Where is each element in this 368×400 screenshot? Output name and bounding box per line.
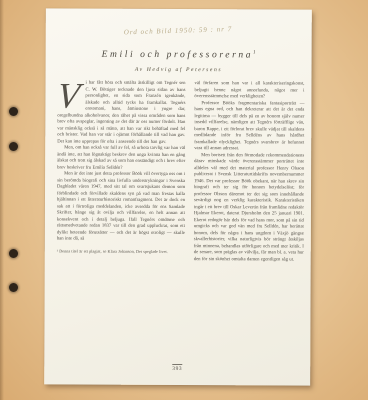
page-number: 393 (44, 363, 310, 373)
article-title-text: Emili och professorerna (102, 50, 253, 61)
title-footnote-mark: 1 (253, 50, 256, 55)
text-columns: Vi har fått höra och smälta åtskilligt o… (56, 80, 304, 359)
punch-hole (9, 142, 18, 151)
punch-hole (9, 249, 18, 258)
footnote: ¹ Denna titel är ett plagiat, se Klara J… (57, 248, 185, 254)
paragraph: Men är det inte just detta professor Böö… (57, 171, 185, 243)
drop-cap-initial: V (56, 81, 85, 111)
paragraph: Men bortsett från den förmodade rekommen… (194, 153, 304, 264)
album-page-edge (0, 0, 4, 400)
paragraph: Professor Bööks fragmentariska fantasipo… (194, 101, 304, 153)
punch-hole (9, 283, 18, 292)
left-column: Vi har fått höra och smälta åtskilligt o… (56, 80, 185, 359)
paragraph: Vi har fått höra och smälta åtskilligt o… (57, 80, 185, 146)
scanned-album-page: { "album": { "handwritten_note": "Ord oc… (0, 0, 368, 400)
article-title: Emili och professorerna1 (46, 49, 312, 60)
punch-hole (9, 107, 18, 116)
paragraph: väl förfaren som han var i all karakteri… (194, 81, 304, 101)
right-column: väl förfaren som han var i all karakteri… (193, 81, 304, 359)
scanned-document-page: Ord och Bild 1950: 59 : nr 7 Emili och p… (44, 8, 312, 385)
page-number-value: 393 (172, 363, 182, 372)
handwritten-catalog-note: Ord och Bild 1950: 59 : nr 7 (124, 24, 274, 37)
paragraph: Men, om han också var full av fel, så ur… (57, 145, 185, 172)
article-byline: Av Hedvig af Petersens (46, 66, 312, 73)
